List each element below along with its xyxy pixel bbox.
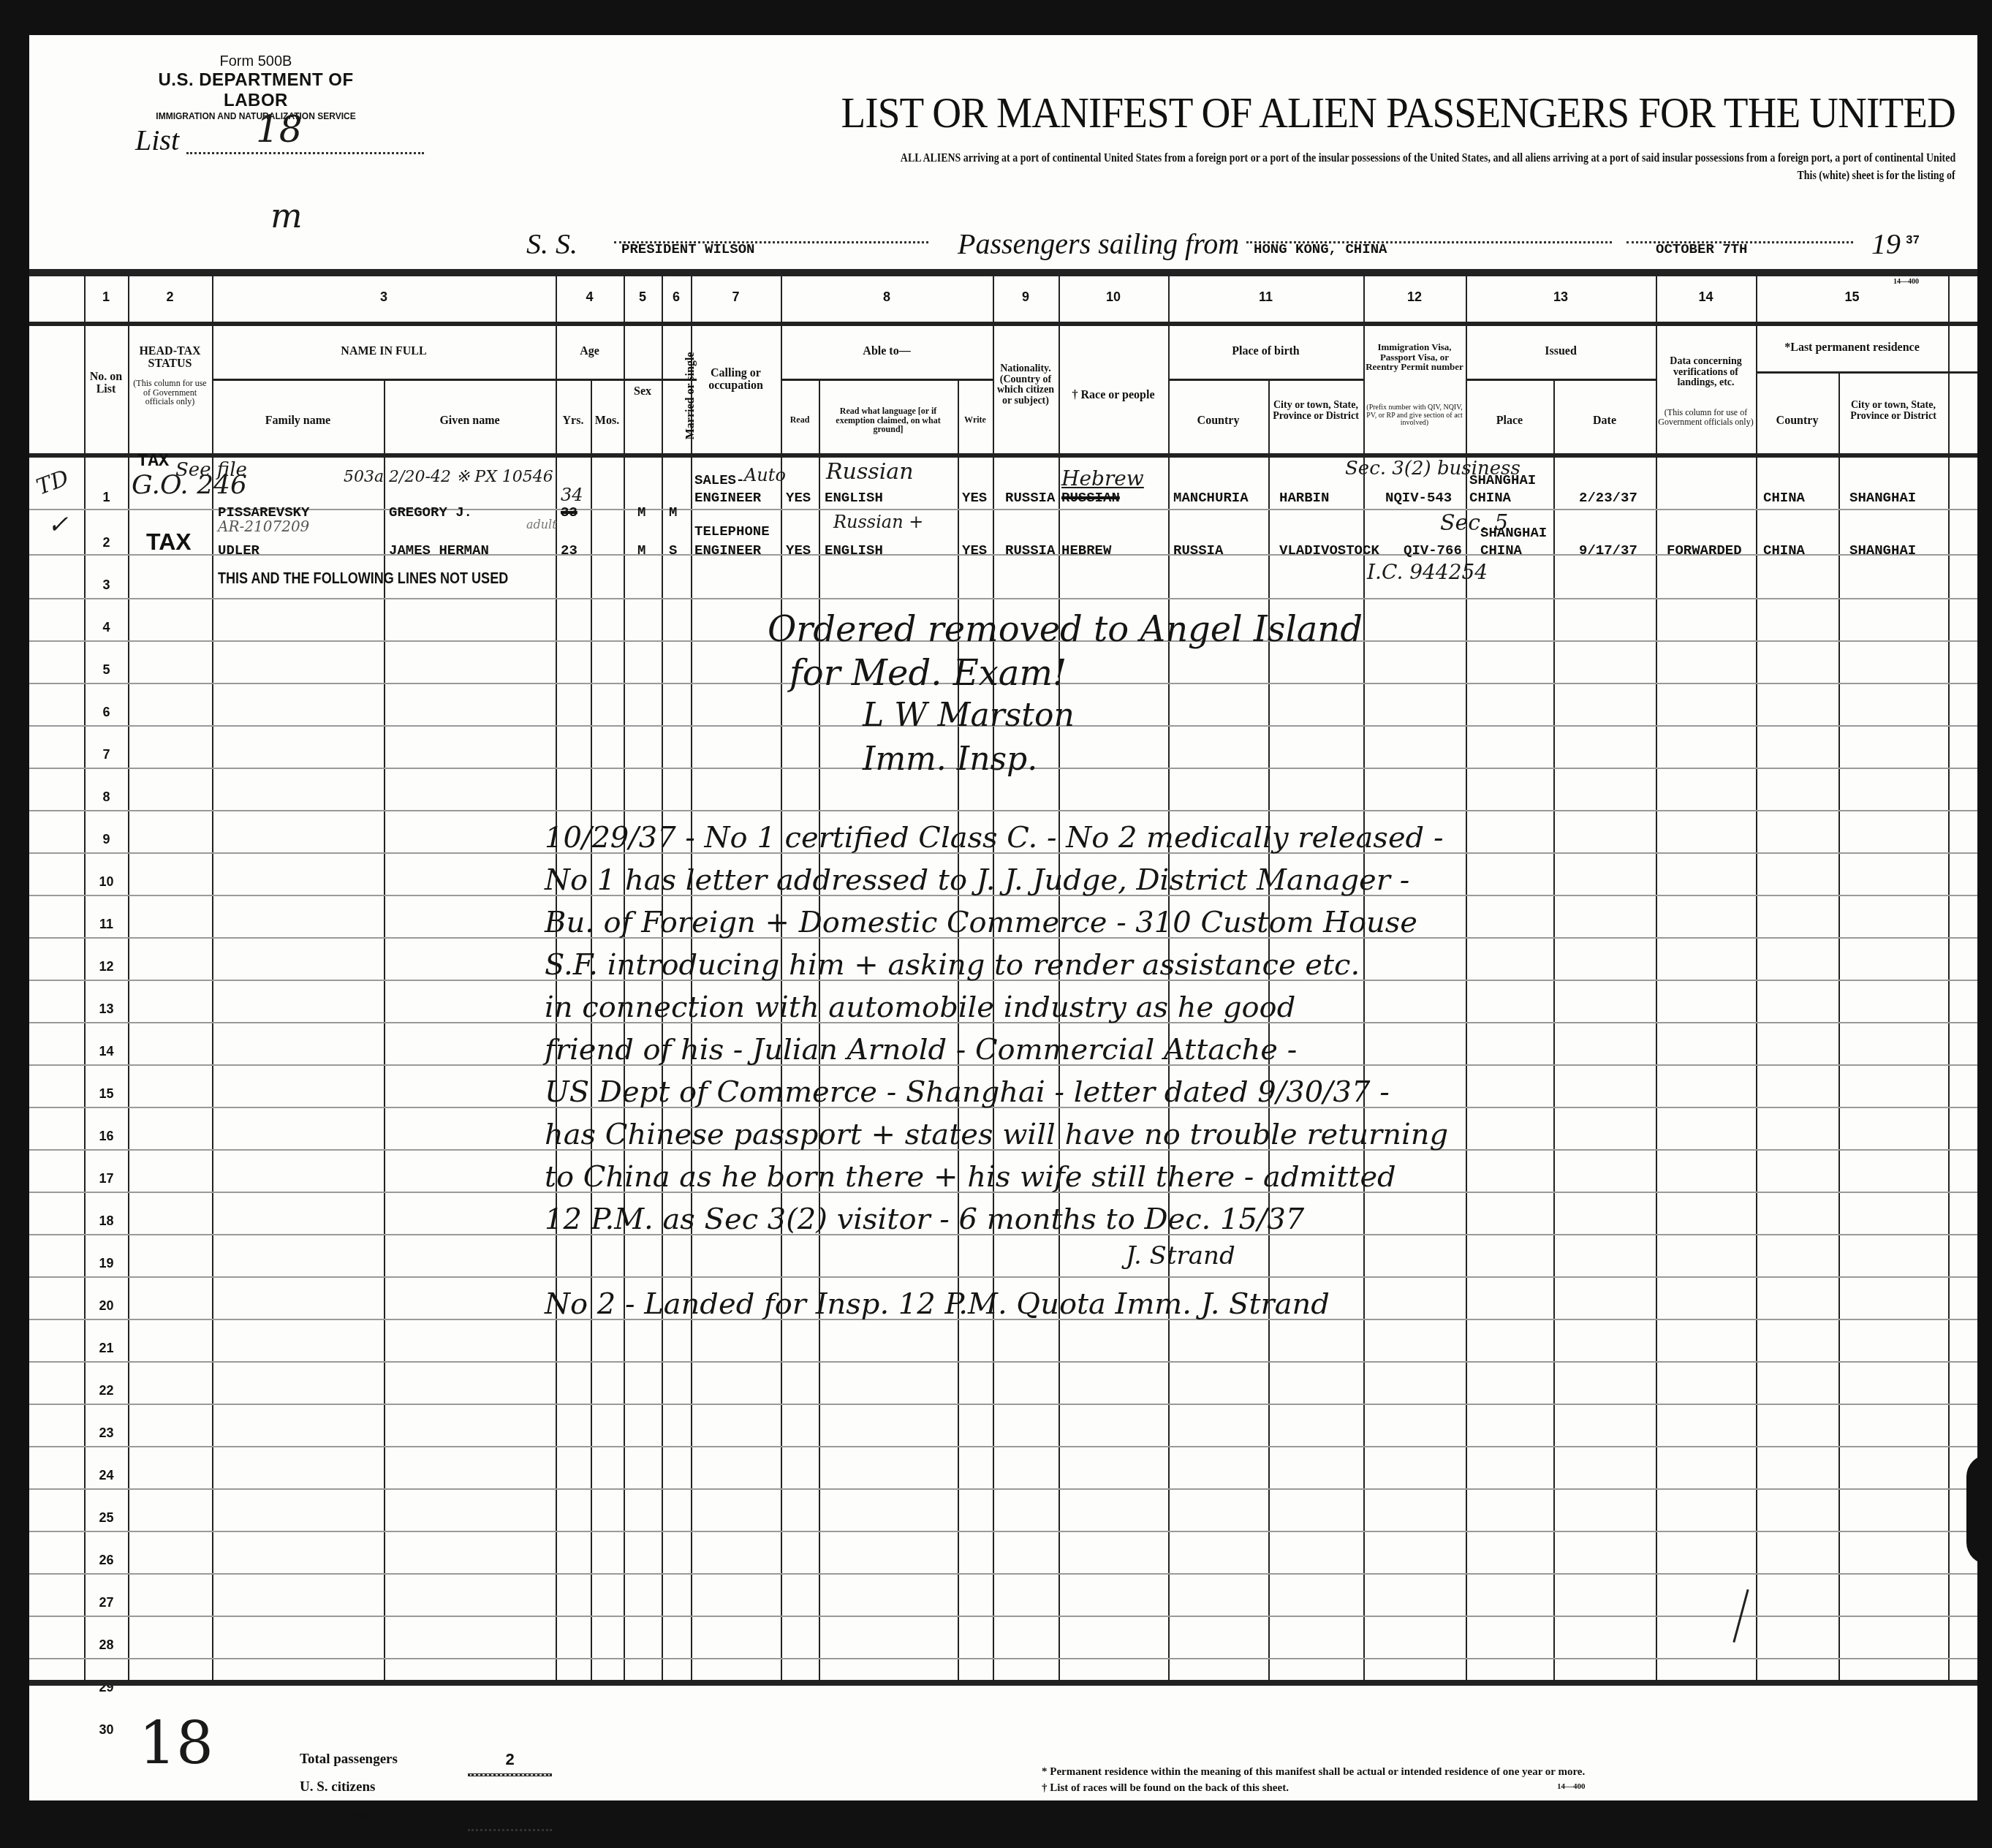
header-place-of-birth: Place of birth: [1168, 346, 1363, 358]
row-number: 25: [86, 1510, 126, 1526]
col-line: [1363, 276, 1365, 1680]
row-number: 13: [86, 1001, 126, 1017]
header-race: † Race or people: [1059, 390, 1168, 402]
can-read: YES: [786, 490, 811, 506]
occupation-hand: Auto: [744, 465, 786, 485]
can-read: YES: [786, 542, 811, 558]
header-issued-date: Date: [1553, 415, 1656, 428]
note-line: to China as he born there + his wife sti…: [545, 1160, 1396, 1194]
birth-city: HARBIN: [1279, 490, 1329, 506]
header-family-name: Family name: [212, 415, 384, 428]
given-name: JAMES HERMAN: [389, 542, 489, 558]
col-line: [1838, 371, 1840, 1680]
occupation-line2: ENGINEER: [694, 542, 761, 558]
colnum-rule: [29, 322, 1977, 326]
total-passengers-value: 2: [468, 1746, 552, 1776]
top-rule: [29, 269, 1977, 276]
col-number: 6: [662, 289, 691, 305]
header-name-in-full: NAME IN FULL: [212, 346, 556, 358]
row-line: [29, 509, 1977, 510]
note-line: has Chinese passport + states will have …: [545, 1118, 1448, 1151]
col-number: 5: [624, 289, 662, 305]
birth-subrule: [1168, 379, 1363, 381]
sailing-date: OCTOBER 7TH: [1656, 241, 1747, 257]
col-number: 10: [1059, 289, 1168, 305]
row-number: 3: [86, 577, 126, 593]
list-number-line: [186, 152, 424, 154]
col-line: [1268, 379, 1270, 1680]
note-line: No 1 has letter addressed to J. J. Judge…: [545, 863, 1409, 897]
row-number: 17: [86, 1171, 126, 1186]
issued-subrule: [1466, 379, 1656, 381]
header-no-on-list: No. on List: [84, 371, 128, 396]
row-number: 23: [86, 1425, 126, 1441]
col-number: 9: [993, 289, 1059, 305]
col-number: 11: [1168, 289, 1363, 305]
header-birth-country: Country: [1168, 415, 1268, 428]
col-line: [591, 379, 592, 1680]
occupation-line1: TELEPHONE: [694, 523, 770, 539]
row-line: [29, 1404, 1977, 1405]
row-number: 10: [86, 874, 126, 890]
sailing-from: HONG KONG, CHINA: [1254, 241, 1387, 257]
race: HEBREW: [1061, 542, 1111, 558]
col-line: [1466, 276, 1467, 1680]
head-tax-status: TAX: [146, 529, 192, 556]
visa-hand-below: I.C. 944254: [1367, 560, 1488, 584]
read-language-hand: Russian: [826, 459, 914, 485]
row-number: 19: [86, 1256, 126, 1271]
row-number: 7: [86, 747, 126, 762]
year-suffix: 37: [1906, 234, 1920, 247]
row-line: [29, 1276, 1977, 1278]
col-line: [128, 276, 129, 1680]
col-line: [1756, 276, 1757, 1680]
subtitle-line-2: This (white) sheet is for the listing of: [1798, 168, 1955, 183]
row-number: 5: [86, 662, 126, 678]
col-number: 4: [556, 289, 624, 305]
row-line: [29, 598, 1977, 599]
us-citizens-row: U. S. citizens: [300, 1773, 453, 1801]
footnotes: * Permanent residence within the meaning…: [1042, 1764, 1585, 1796]
col-line: [1656, 276, 1657, 1680]
sheet-number: 18: [139, 1709, 213, 1777]
header-verification-note: (This column for use of Government offic…: [1657, 408, 1754, 426]
form-number: Form 500B: [139, 53, 373, 70]
header-rule: [29, 453, 1977, 458]
given-name: GREGORY J.: [389, 504, 472, 520]
header-visa-note: (Prefix number with QIV, NQIV, PV, or RP…: [1365, 404, 1464, 428]
header-visa: Immigration Visa, Passport Visa, or Reen…: [1365, 342, 1464, 372]
bottom-rule: [29, 1680, 1977, 1686]
can-write: YES: [962, 490, 987, 506]
row-number: 8: [86, 789, 126, 805]
header-age-yrs: Yrs.: [556, 415, 591, 428]
race: RUSSIAN: [1061, 490, 1120, 506]
row-number: 21: [86, 1341, 126, 1356]
age-years: 33: [561, 504, 577, 520]
head-tax-top: TAX: [137, 452, 169, 472]
residence-country: CHINA: [1763, 542, 1805, 558]
header-verification: Data concerning verifications of landing…: [1657, 357, 1754, 389]
order-annotation-line2: for Med. Exam!: [789, 653, 1067, 694]
race-hand: Hebrew: [1061, 466, 1144, 491]
corner-initial-mark: m: [270, 196, 303, 235]
row-number: 18: [86, 1213, 126, 1229]
nationality: RUSSIA: [1005, 490, 1055, 506]
row-number: 12: [86, 959, 126, 974]
row-number: 6: [86, 705, 126, 720]
header-res-country: Country: [1756, 415, 1838, 428]
row-number: 28: [86, 1637, 126, 1653]
issued-date: 2/23/37: [1579, 490, 1637, 506]
row-number: 27: [86, 1595, 126, 1610]
occupation-line1: SALES-: [694, 472, 744, 488]
col-number: 3: [212, 289, 556, 305]
footnote-races: † List of races will be found on the bac…: [1042, 1780, 1585, 1796]
col-number: 1: [84, 289, 128, 305]
inspector-signature: L W Marston: [863, 697, 1075, 734]
read-language: ENGLISH: [825, 490, 883, 506]
list-number: 18: [256, 108, 303, 151]
col-number: 7: [691, 289, 781, 305]
note-line: US Dept of Commerce - Shanghai - letter …: [545, 1075, 1390, 1109]
sex: M: [637, 542, 645, 558]
department-name: U.S. DEPARTMENT OF LABOR: [139, 70, 373, 111]
manifest-sheet: Form 500B U.S. DEPARTMENT OF LABOR IMMIG…: [29, 35, 1977, 1800]
row-number: 20: [86, 1298, 126, 1314]
row-line: [29, 1446, 1977, 1447]
row-number: 30: [86, 1722, 126, 1738]
col-line: [1553, 379, 1555, 1680]
manifest-table: 1 2 3 4 5 6 7 8 9 10 11 12 13 14 15 No. …: [29, 276, 1977, 1680]
aliens-value: 2: [468, 1801, 552, 1831]
form-code-bottom: 14—400: [1557, 1782, 1586, 1791]
header-nationality: Nationality. (Country of which citizen o…: [994, 364, 1057, 407]
note-line: friend of his - Julian Arnold - Commerci…: [545, 1033, 1297, 1067]
col-number: 14: [1656, 289, 1756, 305]
row-line: [29, 1361, 1977, 1363]
sex: M: [637, 504, 645, 520]
header-able-to: Able to—: [781, 346, 993, 358]
list-label: List: [135, 123, 179, 157]
age-corrected: 34: [561, 485, 583, 505]
binder-hole: [1966, 1455, 1992, 1564]
note-signature: J. Strand: [1126, 1241, 1235, 1270]
birth-city: VLADIVOSTOCK: [1279, 542, 1379, 558]
issued-place-line2: CHINA: [1480, 542, 1522, 558]
col-number: 8: [781, 289, 993, 305]
able-subrule: [781, 379, 993, 381]
verification-data: FORWARDED: [1667, 542, 1742, 558]
subtitle-line-1: ALL ALIENS arriving at a port of contine…: [901, 151, 1955, 165]
visa-number: QIV-766: [1404, 542, 1462, 558]
header-age-mos: Mos.: [591, 415, 624, 428]
family-name: UDLER: [218, 542, 260, 558]
row-line: [29, 1531, 1977, 1532]
note-line: 12 P.M. as Sec 3(2) visitor - 6 months t…: [545, 1203, 1304, 1236]
page-title: LIST OR MANIFEST OF ALIEN PASSENGERS FOR…: [841, 88, 1955, 138]
row-line: [29, 1658, 1977, 1659]
marital-status: S: [669, 542, 677, 558]
sailing-label: Passengers sailing from: [958, 227, 1239, 261]
note-line: S.F. introducing him + asking to render …: [545, 948, 1360, 982]
header-birth-city: City or town, State, Province or Distric…: [1270, 401, 1362, 422]
row-line: [29, 1488, 1977, 1490]
residence-subrule: [1756, 371, 1977, 374]
row-number: 15: [86, 1086, 126, 1102]
issued-date: 9/17/37: [1579, 542, 1637, 558]
header-head-tax-note: (This column for use of Government offic…: [129, 379, 211, 406]
col-number: 13: [1466, 289, 1656, 305]
age-years: 23: [561, 542, 577, 558]
row-number: 11: [86, 917, 126, 932]
row-number: 16: [86, 1129, 126, 1144]
occupation-line2: ENGINEER: [694, 490, 761, 506]
note-line: in connection with automobile industry a…: [545, 991, 1295, 1024]
header-sex: Sex: [624, 386, 662, 398]
header-read: Read: [781, 415, 819, 425]
inspector-title: Imm. Insp.: [863, 741, 1037, 778]
note-line: Bu. of Foreign + Domestic Commerce - 310…: [545, 906, 1417, 939]
row-number: 1: [86, 490, 126, 505]
col-line: [819, 379, 820, 1680]
year-prefix: 19: [1871, 227, 1901, 261]
ship-name: PRESIDENT WILSON: [621, 241, 754, 257]
header-given-name: Given name: [384, 415, 556, 428]
header-occupation: Calling or occupation: [691, 368, 781, 393]
nationality: RUSSIA: [1005, 542, 1055, 558]
header-married-single: Married or single: [685, 344, 697, 447]
file-note: 503a 2/20-42 ※ PX 10546: [344, 468, 553, 486]
totals-block: Total passengers 2 U. S. citizens Aliens…: [300, 1746, 453, 1829]
birth-country: MANCHURIA: [1173, 490, 1249, 506]
col-number: 15: [1756, 289, 1948, 305]
col-line: [1948, 276, 1950, 1680]
margin-mark-td: TD: [33, 466, 72, 501]
header-read-language: Read what language [or if exemption clai…: [820, 406, 956, 434]
row-number: 2: [86, 535, 126, 550]
us-citizens-label: U. S. citizens: [300, 1773, 453, 1801]
row-number: 22: [86, 1383, 126, 1398]
aliens-row: Aliens 2: [300, 1801, 453, 1829]
read-language-hand: Russian +: [833, 512, 923, 532]
row-line: [29, 1573, 1977, 1575]
col-number: 2: [128, 289, 212, 305]
col-line: [84, 276, 86, 1680]
residence-city: SHANGHAI: [1849, 542, 1916, 558]
header-issued-place: Place: [1466, 415, 1553, 428]
col-number: 12: [1363, 289, 1466, 305]
visa-number: NQIV-543: [1385, 490, 1452, 506]
issued-place-line2: CHINA: [1469, 490, 1511, 506]
residence-city: SHANGHAI: [1849, 490, 1916, 506]
row-line: [29, 810, 1977, 811]
birth-country: RUSSIA: [1173, 542, 1223, 558]
header-write: Write: [958, 415, 993, 425]
issued-place-line1: SHANGHAI: [1480, 525, 1547, 541]
head-tax-note: See file: [175, 459, 247, 481]
order-annotation-line1: Ordered removed to Angel Island: [768, 609, 1363, 650]
residence-country: CHINA: [1763, 490, 1805, 506]
total-passengers-label: Total passengers: [300, 1746, 453, 1773]
row-number: 26: [86, 1553, 126, 1568]
row-number: 24: [86, 1468, 126, 1483]
issued-place-line1: SHANGHAI: [1469, 472, 1536, 488]
header-last-residence: *Last permanent residence: [1756, 342, 1948, 355]
row-number: 9: [86, 832, 126, 847]
header-age: Age: [556, 346, 624, 358]
header-res-city: City or town, State, Province or Distric…: [1840, 401, 1947, 422]
unused-lines-note: THIS AND THE FOLLOWING LINES NOT USED: [218, 569, 508, 588]
row-number: 14: [86, 1044, 126, 1059]
col-line: [958, 379, 959, 1680]
ship-label: S. S.: [526, 227, 577, 261]
aliens-label: Aliens: [300, 1801, 453, 1829]
row-number: 4: [86, 620, 126, 635]
file-note: AR-2107209: [218, 518, 309, 535]
note-line: 10/29/37 - No 1 certified Class C. - No …: [545, 821, 1443, 855]
marital-status: M: [669, 504, 677, 520]
header-head-tax: HEAD-TAX STATUS: [129, 346, 211, 371]
footnote-residence: * Permanent residence within the meaning…: [1042, 1764, 1585, 1780]
us-citizens-value: [468, 1773, 552, 1776]
read-language: ENGLISH: [825, 542, 883, 558]
can-write: YES: [962, 542, 987, 558]
margin-check-icon: ✓: [48, 510, 69, 539]
row-line: [29, 1616, 1977, 1617]
adult-note: adult: [526, 518, 557, 531]
total-passengers-row: Total passengers 2: [300, 1746, 453, 1773]
note-line: No 2 - Landed for Insp. 12 P.M. Quota Im…: [545, 1287, 1330, 1321]
header-issued: Issued: [1466, 346, 1656, 358]
